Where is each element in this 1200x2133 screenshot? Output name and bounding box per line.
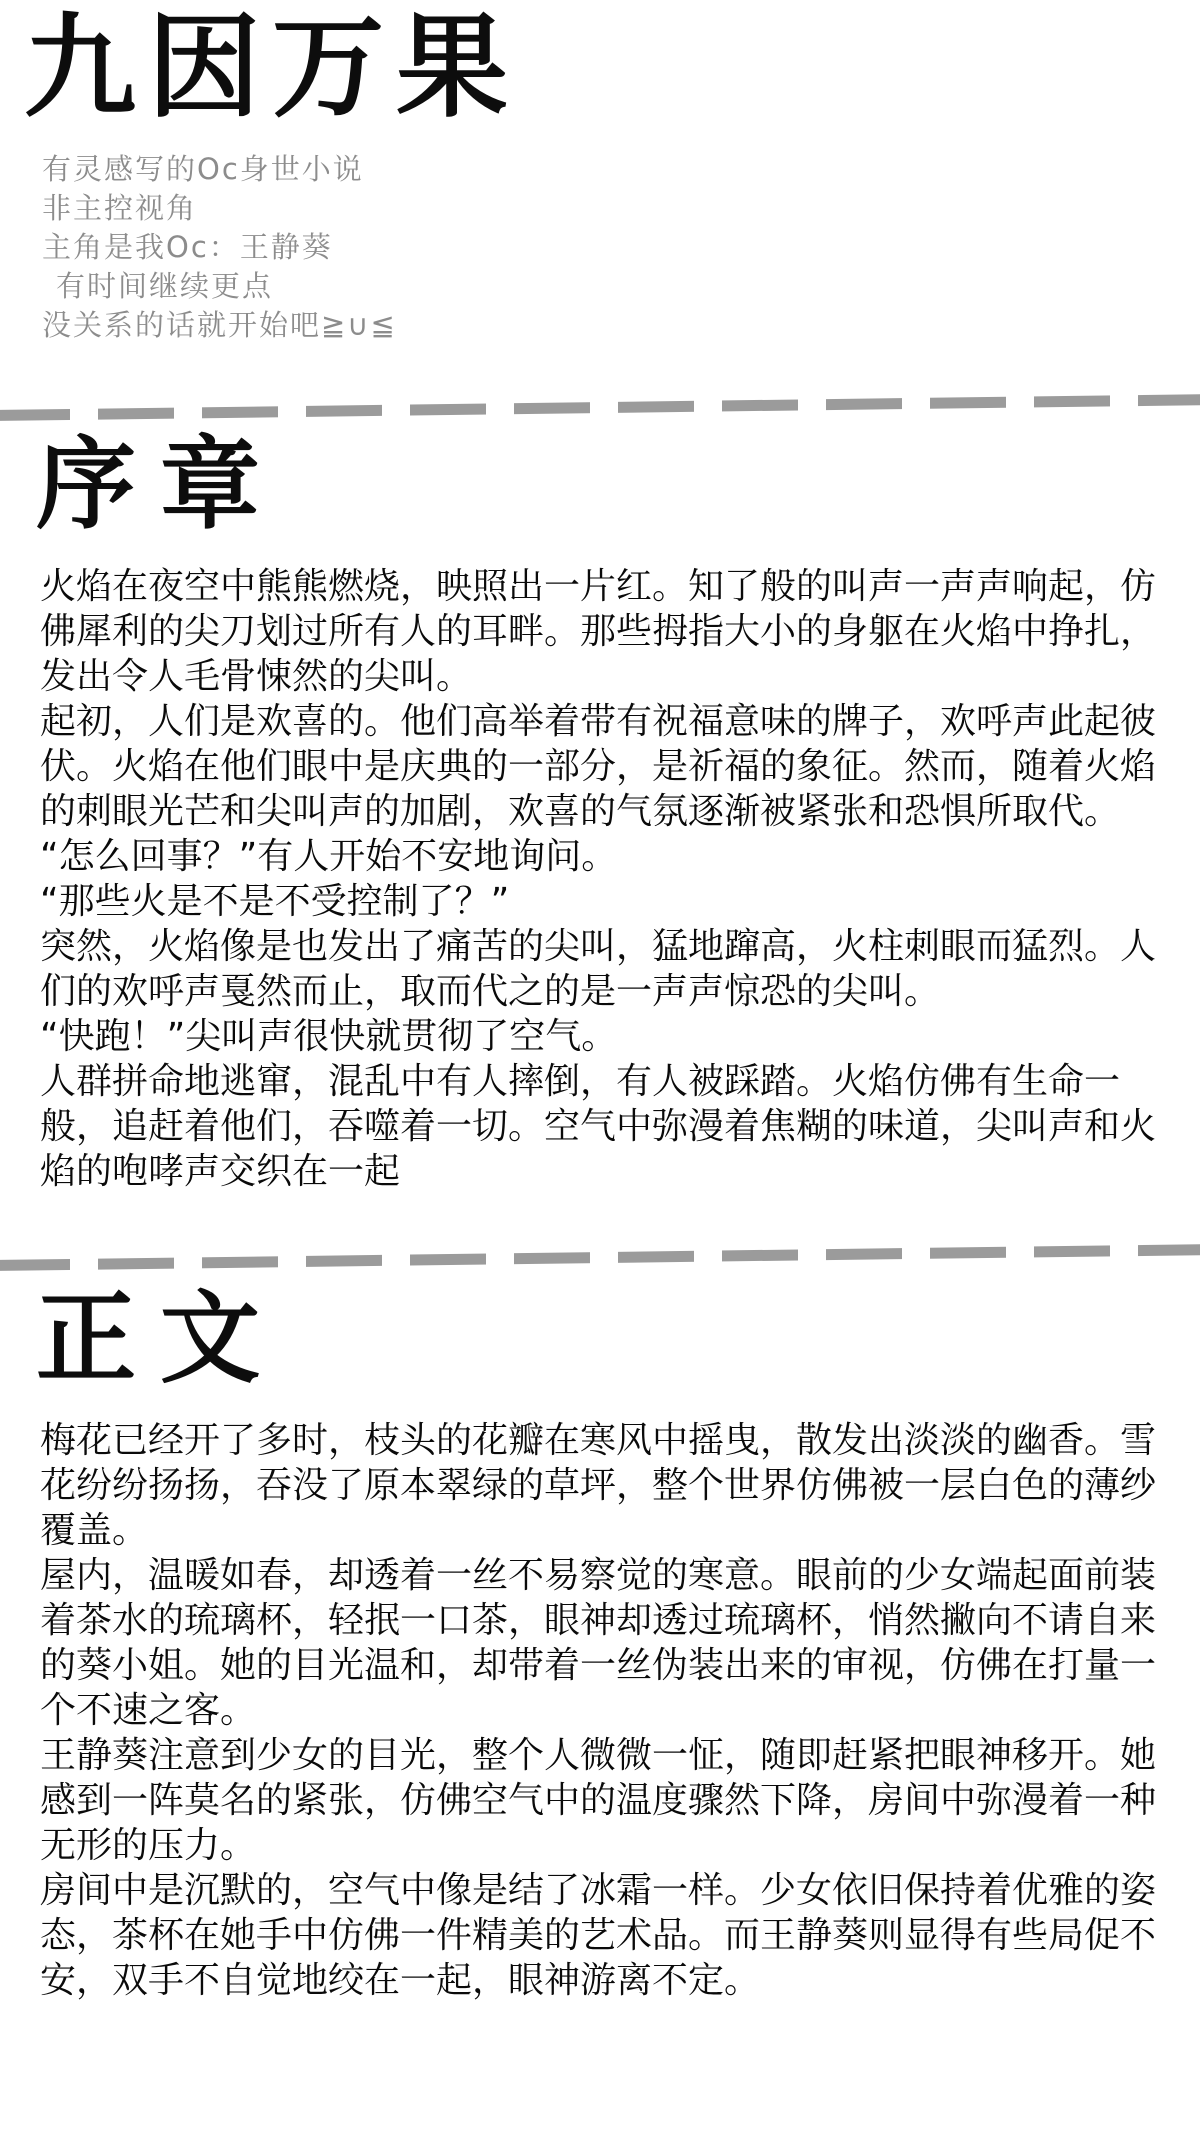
paragraph: “快跑！”尖叫声很快就贯彻了空气。 [40,1014,1178,1059]
main-text-body: 梅花已经开了多时，枝头的花瓣在寒风中摇曳，散发出淡淡的幽香。雪花纷纷扬扬，吞没了… [40,1418,1178,2003]
prologue-body: 火焰在夜空中熊熊燃烧，映照出一片红。知了般的叫声一声声响起，仿佛犀利的尖刀划过所… [40,564,1178,1194]
paragraph: 起初，人们是欢喜的。他们高举着带有祝福意味的牌子，欢呼声此起彼伏。火焰在他们眼中… [40,699,1178,834]
subtitle-line: 非主控视角 [42,189,397,228]
subtitle-line: 没关系的话就开始吧≧∪≦ [42,306,397,345]
paragraph: 火焰在夜空中熊熊燃烧，映照出一片红。知了般的叫声一声声响起，仿佛犀利的尖刀划过所… [40,564,1178,699]
document-page: 九因万果 有灵感写的Oc身世小说非主控视角主角是我Oc：王静葵有时间继续更点没关… [0,0,1200,2133]
paragraph: 突然，火焰像是也发出了痛苦的尖叫，猛地蹿高，火柱刺眼而猛烈。人们的欢呼声戛然而止… [40,924,1178,1014]
subtitle-line: 有灵感写的Oc身世小说 [42,150,397,189]
main-text-heading: 正文 [36,1274,1200,1404]
paragraph: “那些火是不是不受控制了？” [40,879,1178,924]
paragraph: 屋内，温暖如春，却透着一丝不易察觉的寒意。眼前的少女端起面前装着茶水的琉璃杯，轻… [40,1553,1178,1733]
dashed-divider [0,394,1200,421]
prologue-heading: 序章 [36,420,1200,550]
section-prologue: 序章 火焰在夜空中熊熊燃烧，映照出一片红。知了般的叫声一声声响起，仿佛犀利的尖刀… [0,420,1200,1194]
paragraph: 梅花已经开了多时，枝头的花瓣在寒风中摇曳，散发出淡淡的幽香。雪花纷纷扬扬，吞没了… [40,1418,1178,1553]
page-title: 九因万果 [24,2,520,134]
subtitle-line: 主角是我Oc：王静葵 [42,228,397,267]
subtitle-line: 有时间继续更点 [42,267,397,306]
subtitle-block: 有灵感写的Oc身世小说非主控视角主角是我Oc：王静葵有时间继续更点没关系的话就开… [42,150,397,345]
paragraph: “怎么回事？”有人开始不安地询问。 [40,834,1178,879]
paragraph: 王静葵注意到少女的目光，整个人微微一怔，随即赶紧把眼神移开。她感到一阵莫名的紧张… [40,1733,1178,1868]
section-main-text: 正文 梅花已经开了多时，枝头的花瓣在寒风中摇曳，散发出淡淡的幽香。雪花纷纷扬扬，… [0,1274,1200,2003]
paragraph: 房间中是沉默的，空气中像是结了冰霜一样。少女依旧保持着优雅的姿态，茶杯在她手中仿… [40,1868,1178,2003]
dashed-divider [0,1244,1200,1271]
paragraph: 人群拼命地逃窜，混乱中有人摔倒，有人被踩踏。火焰仿佛有生命一般，追赶着他们，吞噬… [40,1059,1178,1194]
